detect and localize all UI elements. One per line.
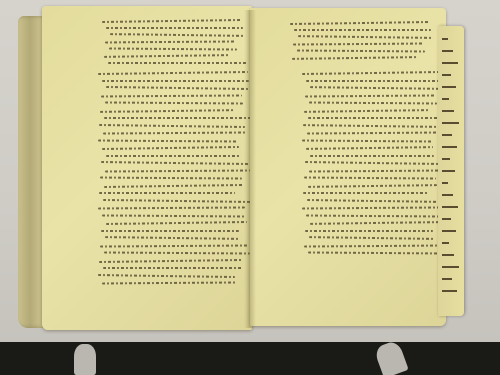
handwriting-line	[106, 27, 243, 29]
handwriting-line	[304, 177, 436, 180]
tab-mark	[442, 146, 457, 148]
handwriting-line	[98, 71, 248, 75]
handwriting-line	[104, 54, 229, 58]
handwriting-line	[306, 80, 443, 82]
handwriting-line	[308, 184, 437, 188]
handwriting-line	[302, 71, 442, 75]
handwriting-line	[309, 102, 437, 105]
handwriting-line	[305, 94, 436, 97]
tab-mark	[442, 170, 455, 172]
handwriting-line	[105, 102, 243, 105]
handwriting-line	[307, 132, 440, 135]
tab-mark	[442, 254, 454, 256]
handwriting-line	[100, 109, 235, 113]
handwriting-line	[307, 199, 447, 203]
tab-mark	[442, 86, 456, 88]
handwriting-line	[106, 86, 250, 90]
handwriting-line	[105, 41, 236, 44]
tab-mark	[442, 98, 449, 100]
open-manuscript-book	[18, 4, 466, 332]
right-page	[250, 8, 446, 326]
tab-mark	[442, 62, 458, 64]
handwriting-line	[304, 244, 443, 247]
handwriting-line	[101, 94, 242, 97]
tab-mark	[442, 278, 452, 280]
tab-mark	[442, 266, 459, 268]
handwriting-line	[306, 214, 440, 217]
handwriting-line	[303, 124, 439, 128]
tab-mark	[442, 158, 450, 160]
tab-mark	[442, 242, 449, 244]
tab-mark	[442, 206, 458, 208]
manuscript-photo: Photograph of an open antique handwritte…	[0, 0, 500, 375]
handwriting-line	[103, 132, 246, 135]
handwriting-line	[103, 198, 253, 202]
handwriting-line	[102, 19, 242, 23]
handwriting-line	[305, 161, 443, 165]
handwriting-line	[104, 251, 250, 254]
handwriting-line	[110, 33, 244, 37]
tab-mark	[442, 182, 448, 184]
tab-mark	[442, 134, 452, 136]
handwriting-line	[106, 155, 240, 157]
handwriting-line	[308, 252, 444, 255]
handwriting-line	[102, 214, 246, 217]
handwriting-line	[302, 139, 432, 142]
handwriting-line	[100, 177, 242, 180]
handwriting-line	[105, 236, 240, 240]
handwriting-line	[99, 192, 235, 194]
handwriting-line	[106, 221, 247, 225]
handwriting-line	[303, 192, 429, 194]
handwriting-line	[101, 161, 249, 165]
handwriting-line	[305, 230, 433, 232]
handwriting-line	[290, 21, 430, 25]
handwriting-line	[308, 117, 447, 119]
handwriting-line	[101, 230, 239, 232]
handwriting-line	[98, 139, 238, 142]
handwriting-line	[310, 221, 441, 225]
tab-mark	[442, 290, 457, 292]
index-tab-strip	[438, 26, 464, 316]
tab-mark	[442, 218, 451, 220]
handwriting-line	[98, 206, 245, 209]
handwriting-line	[104, 117, 253, 119]
tab-mark	[442, 50, 453, 52]
handwriting-line	[310, 155, 434, 157]
book-gutter	[244, 10, 256, 328]
handwriting-line	[309, 236, 434, 240]
left-page	[42, 6, 252, 330]
tab-mark	[442, 110, 454, 112]
tab-mark	[442, 122, 459, 124]
handwriting-line	[298, 35, 432, 39]
handwriting-line	[109, 48, 237, 51]
handwriting-line	[99, 259, 242, 263]
handwriting-line	[103, 267, 243, 269]
tab-mark	[442, 194, 453, 196]
handwriting-line	[102, 146, 239, 150]
handwriting-line	[105, 169, 250, 172]
handwriting-line	[293, 43, 424, 46]
handwriting-line	[102, 282, 236, 285]
handwriting-line	[297, 50, 425, 53]
tab-mark	[442, 230, 456, 232]
handwriting-line	[302, 207, 439, 210]
handwriting-line	[294, 29, 431, 31]
handwriting-line	[292, 56, 417, 60]
handwriting-line	[304, 109, 429, 113]
tab-mark	[442, 38, 448, 40]
handwriting-line	[309, 169, 444, 172]
handwriting-line	[306, 146, 433, 150]
handwriting-line	[108, 62, 247, 64]
handwriting-line	[100, 244, 249, 247]
handwriting-line	[310, 86, 444, 90]
handwriting-line	[102, 80, 249, 82]
tab-mark	[442, 74, 451, 76]
handwriting-line	[104, 184, 243, 188]
handwriting-line	[99, 123, 245, 127]
left-shoe	[74, 344, 96, 375]
handwriting-line	[98, 274, 235, 278]
